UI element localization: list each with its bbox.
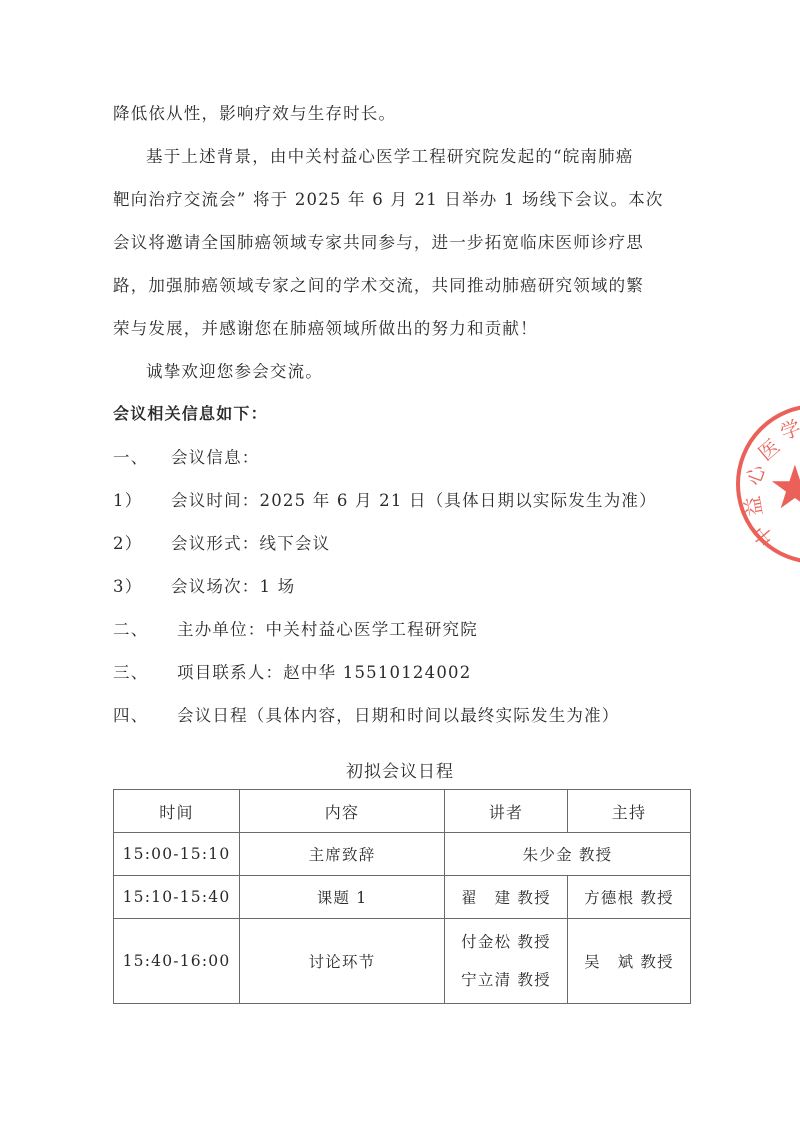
section-label: 项目联系人：赵中华 15510124002: [177, 663, 471, 682]
section-2: 二、主办单位：中关村益心医学工程研究院: [113, 616, 478, 640]
header-speaker: 讲者: [445, 790, 568, 833]
section-1: 一、会议信息：: [113, 444, 260, 468]
item-text: 会议形式：线下会议: [171, 534, 330, 553]
paragraph-line: 路，加强肺癌领域专家之间的学术交流，共同推动肺癌研究领域的繁: [113, 272, 644, 296]
header-content: 内容: [240, 790, 445, 833]
cell-speaker-host: 朱少金 教授: [445, 833, 691, 876]
info-item: 2）会议形式：线下会议: [113, 530, 330, 554]
paragraph-line: 诚挚欢迎您参会交流。: [146, 358, 323, 382]
table-row: 15:10-15:40 课题 1 翟 建 教授 方德根 教授: [114, 876, 691, 919]
item-number: 3）: [113, 573, 171, 597]
speaker-name: 付金松 教授: [445, 923, 567, 961]
cell-speakers: 付金松 教授 宁立清 教授: [445, 919, 568, 1004]
section-label: 会议日程（具体内容，日期和时间以最终实际发生为准）: [177, 706, 620, 725]
table-row: 15:00-15:10 主席致辞 朱少金 教授: [114, 833, 691, 876]
cell-time: 15:40-16:00: [114, 919, 240, 1004]
section-number: 二、: [113, 616, 177, 640]
cell-host: 吴 斌 教授: [568, 919, 691, 1004]
cell-host: 方德根 教授: [568, 876, 691, 919]
stamp-char: 益: [736, 494, 768, 519]
item-number: 1）: [113, 487, 171, 511]
paragraph-line: 降低依从性，影响疗效与生存时长。: [113, 100, 396, 124]
item-text: 会议场次：1 场: [171, 577, 295, 596]
paragraph-line: 荣与发展，并感谢您在肺癌领域所做出的努力和贡献！: [113, 315, 538, 339]
section-label: 主办单位：中关村益心医学工程研究院: [177, 620, 478, 639]
header-time: 时间: [114, 790, 240, 833]
table-header-row: 时间 内容 讲者 主持: [114, 790, 691, 833]
stamp-char: 中: [744, 520, 779, 554]
stamp-char: 心: [737, 460, 771, 489]
info-item: 3）会议场次：1 场: [113, 573, 295, 597]
cell-content: 主席致辞: [240, 833, 445, 876]
section-3: 三、项目联系人：赵中华 15510124002: [113, 659, 471, 683]
star-icon: ★: [768, 458, 800, 518]
cell-content: 讨论环节: [240, 919, 445, 1004]
schedule-title: 初拟会议日程: [0, 757, 800, 782]
cell-time: 15:00-15:10: [114, 833, 240, 876]
paragraph-line: 会议将邀请全国肺癌领域专家共同参与，进一步拓宽临床医师诊疗思: [113, 229, 644, 253]
official-seal-stamp: 医 学 心 益 中 ★: [736, 404, 800, 564]
info-item: 1）会议时间：2025 年 6 月 21 日（具体日期以实际发生为准）: [113, 487, 657, 511]
section-label: 会议信息：: [171, 448, 260, 467]
schedule-table: 时间 内容 讲者 主持 15:00-15:10 主席致辞 朱少金 教授 15:1…: [113, 789, 691, 1004]
section-number: 一、: [113, 444, 171, 468]
info-heading: 会议相关信息如下：: [113, 401, 268, 424]
section-number: 三、: [113, 659, 177, 683]
header-host: 主持: [568, 790, 691, 833]
section-number: 四、: [113, 702, 177, 726]
paragraph-line: 靶向治疗交流会” 将于 2025 年 6 月 21 日举办 1 场线下会议。本次: [113, 186, 664, 210]
cell-content: 课题 1: [240, 876, 445, 919]
cell-time: 15:10-15:40: [114, 876, 240, 919]
speaker-name: 宁立清 教授: [445, 961, 567, 999]
stamp-char: 学: [776, 411, 800, 445]
section-4: 四、会议日程（具体内容，日期和时间以最终实际发生为准）: [113, 702, 620, 726]
paragraph-line: 基于上述背景，由中关村益心医学工程研究院发起的“皖南肺癌: [146, 143, 634, 167]
table-row: 15:40-16:00 讨论环节 付金松 教授 宁立清 教授 吴 斌 教授: [114, 919, 691, 1004]
cell-speaker: 翟 建 教授: [445, 876, 568, 919]
item-number: 2）: [113, 530, 171, 554]
item-text: 会议时间：2025 年 6 月 21 日（具体日期以实际发生为准）: [171, 491, 657, 510]
